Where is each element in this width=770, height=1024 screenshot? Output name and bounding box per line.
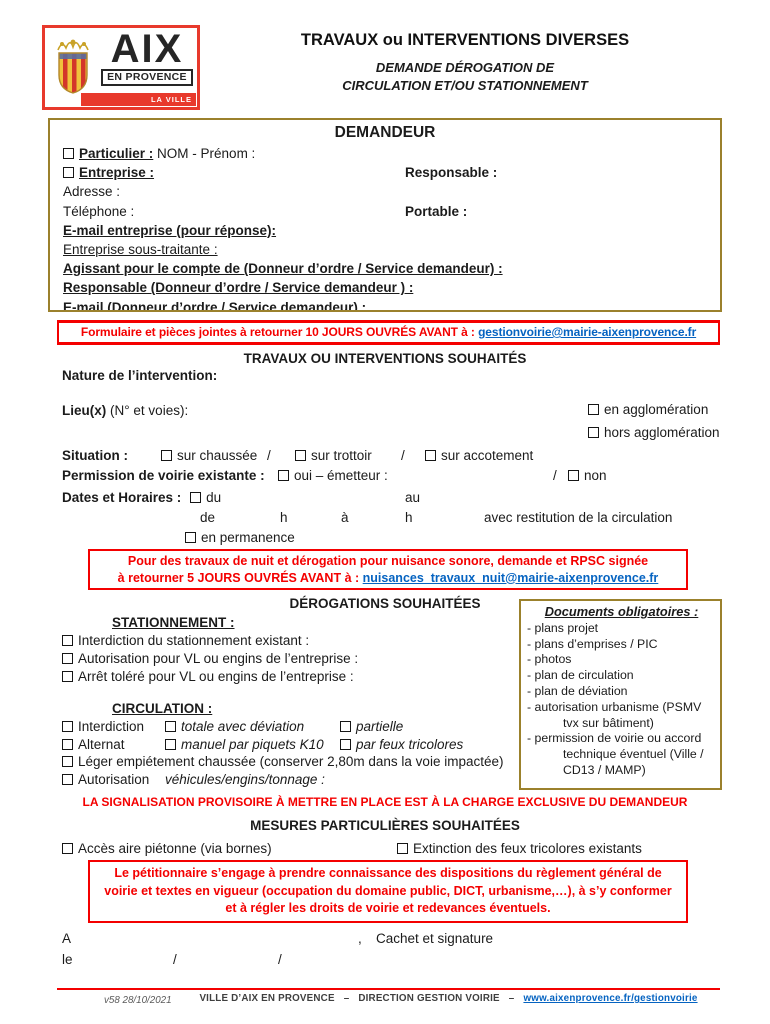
document-item: plans d’emprises / PIC	[527, 637, 716, 653]
document-item: plan de déviation	[527, 684, 716, 700]
checkbox-leger-empietement[interactable]	[62, 756, 73, 767]
checkbox-en-agglomeration[interactable]	[588, 404, 599, 415]
h2-label: h	[405, 509, 413, 526]
stationnement-item-label: Autorisation pour VL ou engins de l’entr…	[78, 651, 358, 666]
autorisation-label: Autorisation	[78, 772, 149, 787]
lieu-row: Lieu(x) (N° et voies):	[62, 402, 188, 419]
mesures-heading: MESURES PARTICULIÈRES SOUHAITÉES	[0, 818, 770, 833]
mesures-row: Accès aire piétonne (via bornes) Extinct…	[62, 840, 272, 857]
email-donneur-label: E-mail (Donneur d’ordre / Service demand…	[63, 300, 366, 313]
restitution-label: avec restitution de la circulation	[484, 509, 672, 526]
permission-row: Permission de voirie existante : oui – é…	[62, 467, 265, 484]
en-agglomeration-label: en agglomération	[604, 402, 708, 417]
entreprise-label: Entreprise :	[79, 165, 154, 180]
date-slash-1: /	[173, 951, 177, 968]
documents-list: plans projet plans d’emprises / PIC phot…	[527, 621, 716, 779]
totale-deviation-label: totale avec déviation	[181, 719, 304, 734]
return-deadline-text: Formulaire et pièces jointes à retourner…	[81, 325, 475, 339]
checkbox-partielle[interactable]	[340, 721, 351, 732]
page-subtitle-line2: CIRCULATION ET/OU STATIONNEMENT	[170, 77, 760, 95]
footer: v58 28/10/2021 VILLE D’AIX EN PROVENCE–D…	[57, 993, 720, 1009]
signature-date-row: le / /	[62, 951, 73, 968]
circulation-row-alternat: Alternat manuel par piquets K10 par feux…	[62, 736, 125, 753]
adresse-row: Adresse :	[63, 182, 707, 201]
non-label: non	[584, 468, 607, 483]
night-works-line1: Pour des travaux de nuit et dérogation p…	[94, 553, 682, 570]
footer-org: VILLE D’AIX EN PROVENCE	[199, 993, 334, 1004]
sur-chaussee-label: sur chaussée	[177, 448, 257, 463]
checkbox-extinction-feux[interactable]	[397, 843, 408, 854]
checkbox-alternat[interactable]	[62, 739, 73, 750]
stationnement-item-label: Arrêt toléré pour VL ou engins de l’entr…	[78, 669, 354, 684]
situation-row: Situation : sur chaussée / sur trottoir …	[62, 447, 128, 464]
entreprise-row: Entreprise : Responsable :	[63, 163, 707, 182]
header: TRAVAUX ou INTERVENTIONS DIVERSES DEMAND…	[170, 31, 760, 95]
feux-tricolores-label: par feux tricolores	[356, 737, 463, 752]
demandeur-section: DEMANDEUR Particulier : NOM - Prénom : E…	[48, 118, 722, 312]
document-item: photos	[527, 652, 716, 668]
page-title: TRAVAUX ou INTERVENTIONS DIVERSES	[170, 31, 760, 50]
checkbox-entreprise[interactable]	[63, 167, 74, 178]
checkbox-interdiction-circulation[interactable]	[62, 721, 73, 732]
sur-accotement-label: sur accotement	[441, 448, 533, 463]
interdiction-label: Interdiction	[78, 719, 144, 734]
agissant-label: Agissant pour le compte de (Donneur d’or…	[63, 261, 503, 276]
particulier-row: Particulier : NOM - Prénom :	[63, 144, 707, 163]
checkbox-interdiction-stationnement[interactable]	[62, 635, 73, 646]
checkbox-totale-deviation[interactable]	[165, 721, 176, 732]
partielle-label: partielle	[356, 719, 403, 734]
responsable-donneur-label: Responsable (Donneur d’ordre / Service d…	[63, 280, 413, 295]
circulation-row-empietement: Léger empiétement chaussée (conserver 2,…	[62, 753, 503, 770]
particulier-label: Particulier :	[79, 146, 153, 161]
h1-label: h	[280, 509, 288, 526]
checkbox-acces-aire-pietonne[interactable]	[62, 843, 73, 854]
checkbox-sur-chaussee[interactable]	[161, 450, 172, 461]
circulation-row-interdiction: Interdiction totale avec déviation parti…	[62, 718, 144, 735]
checkbox-autorisation-vl[interactable]	[62, 653, 73, 664]
permission-label: Permission de voirie existante :	[62, 468, 265, 483]
situation-label: Situation :	[62, 448, 128, 463]
cachet-signature-label: Cachet et signature	[376, 930, 493, 947]
stationnement-item-row: Autorisation pour VL ou engins de l’entr…	[62, 650, 358, 667]
checkbox-arret-tolere[interactable]	[62, 671, 73, 682]
checkbox-en-permanence[interactable]	[185, 532, 196, 543]
telephone-label: Téléphone :	[63, 204, 134, 219]
empietement-label: Léger empiétement chaussée (conserver 2,…	[78, 754, 503, 769]
document-item: permission de voirie ou accord technique…	[527, 731, 716, 778]
signature-a-label: A	[62, 931, 71, 946]
checkbox-autorisation-circulation[interactable]	[62, 774, 73, 785]
a-label: à	[341, 509, 349, 526]
permission-slash: /	[553, 467, 557, 484]
stationnement-item-row: Interdiction du stationnement existant :	[62, 632, 309, 649]
email-entreprise-label: E-mail entreprise (pour réponse):	[63, 223, 276, 238]
vehicules-label: véhicules/engins/tonnage :	[165, 771, 325, 788]
signature-le-label: le	[62, 952, 73, 967]
situation-slash-2: /	[401, 447, 405, 464]
engagement-banner: Le pétitionnaire s’engage à prendre conn…	[88, 860, 688, 923]
hors-agglomeration-label: hors agglomération	[604, 425, 720, 440]
document-item: plan de circulation	[527, 668, 716, 684]
nature-label: Nature de l’intervention:	[62, 367, 217, 384]
footer-version: v58 28/10/2021	[104, 995, 172, 1006]
footer-website-link[interactable]: www.aixenprovence.fr/gestionvoirie	[523, 993, 697, 1004]
dates-row: Dates et Horaires : du au	[62, 489, 221, 506]
checkbox-hors-agglomeration[interactable]	[588, 427, 599, 438]
night-works-line2: à retourner 5 JOURS OUVRÉS AVANT à :	[118, 571, 360, 585]
coat-of-arms-icon	[51, 36, 95, 100]
email-donneur-row: E-mail (Donneur d’ordre / Service demand…	[63, 298, 707, 313]
acces-aire-pietonne-label: Accès aire piétonne (via bornes)	[78, 841, 272, 856]
checkbox-permission-oui[interactable]	[278, 470, 289, 481]
adresse-label: Adresse :	[63, 184, 120, 199]
du-label: du	[206, 490, 221, 505]
en-agglomeration-row: en agglomération	[588, 401, 708, 418]
au-label: au	[405, 489, 420, 506]
circulation-title: CIRCULATION :	[112, 700, 212, 717]
portable-label: Portable :	[405, 202, 467, 221]
signalisation-warning: LA SIGNALISATION PROVISOIRE À METTRE EN …	[0, 795, 770, 809]
lieu-rest-label: (N° et voies):	[110, 403, 188, 418]
checkbox-sur-trottoir[interactable]	[295, 450, 306, 461]
sous-traitante-label: Entreprise sous-traitante :	[63, 242, 218, 257]
checkbox-manuel-piquets[interactable]	[165, 739, 176, 750]
situation-slash-1: /	[267, 447, 271, 464]
stationnement-item-label: Interdiction du stationnement existant :	[78, 633, 309, 648]
form-page: AIX EN PROVENCE LA VILLE TRAVAUX ou INTE…	[0, 0, 770, 1024]
footer-dash-1: –	[344, 993, 350, 1004]
checkbox-feux-tricolores[interactable]	[340, 739, 351, 750]
extinction-feux-label: Extinction des feux tricolores existants	[413, 841, 642, 856]
travaux-heading: TRAVAUX OU INTERVENTIONS SOUHAITÉS	[0, 351, 770, 366]
sous-traitante-row: Entreprise sous-traitante :	[63, 240, 707, 259]
manuel-piquets-label: manuel par piquets K10	[181, 737, 324, 752]
footer-dash-2: –	[509, 993, 515, 1004]
circulation-row-autorisation: Autorisation véhicules/engins/tonnage :	[62, 771, 149, 788]
document-item: plans projet	[527, 621, 716, 637]
footer-divider	[57, 988, 720, 990]
checkbox-particulier[interactable]	[63, 148, 74, 159]
oui-emetteur-label: oui – émetteur :	[294, 468, 388, 483]
nom-prenom-label: NOM - Prénom :	[157, 146, 255, 161]
page-subtitle-line1: DEMANDE DÉROGATION DE	[170, 59, 760, 77]
demandeur-title: DEMANDEUR	[63, 122, 707, 144]
page-subtitle: DEMANDE DÉROGATION DE CIRCULATION ET/OU …	[170, 59, 760, 95]
en-permanence-label: en permanence	[201, 530, 295, 545]
telephone-row: Téléphone : Portable :	[63, 202, 707, 221]
footer-direction: DIRECTION GESTION VOIRIE	[358, 993, 499, 1004]
alternat-label: Alternat	[78, 737, 125, 752]
date-slash-2: /	[278, 951, 282, 968]
document-item: autorisation urbanisme (PSMV tvx sur bât…	[527, 700, 716, 732]
checkbox-permission-non[interactable]	[568, 470, 579, 481]
signature-comma: ,	[358, 930, 362, 947]
lieu-label: Lieu(x)	[62, 403, 106, 418]
documents-title: Documents obligatoires :	[527, 604, 716, 620]
de-label: de	[200, 509, 215, 526]
return-deadline-banner: Formulaire et pièces jointes à retourner…	[57, 320, 720, 345]
night-works-banner: Pour des travaux de nuit et dérogation p…	[88, 549, 688, 590]
dates-label: Dates et Horaires :	[62, 490, 181, 505]
agissant-row: Agissant pour le compte de (Donneur d’or…	[63, 259, 707, 278]
checkbox-sur-accotement[interactable]	[425, 450, 436, 461]
email-entreprise-row: E-mail entreprise (pour réponse):	[63, 221, 707, 240]
stationnement-item-row: Arrêt toléré pour VL ou engins de l’entr…	[62, 668, 354, 685]
hors-agglomeration-row: hors agglomération	[588, 424, 720, 441]
sur-trottoir-label: sur trottoir	[311, 448, 372, 463]
signature-city-row: A , Cachet et signature	[62, 930, 71, 947]
stationnement-title: STATIONNEMENT :	[112, 614, 235, 631]
documents-obligatoires-box: Documents obligatoires : plans projet pl…	[519, 599, 722, 790]
email-nuisances-link[interactable]: nuisances_travaux_nuit@mairie-aixenprove…	[363, 571, 659, 585]
responsable-label: Responsable :	[405, 163, 497, 182]
email-gestionvoirie-link[interactable]: gestionvoirie@mairie-aixenprovence.fr	[478, 325, 696, 339]
responsable-donneur-row: Responsable (Donneur d’ordre / Service d…	[63, 278, 707, 297]
checkbox-du[interactable]	[190, 492, 201, 503]
